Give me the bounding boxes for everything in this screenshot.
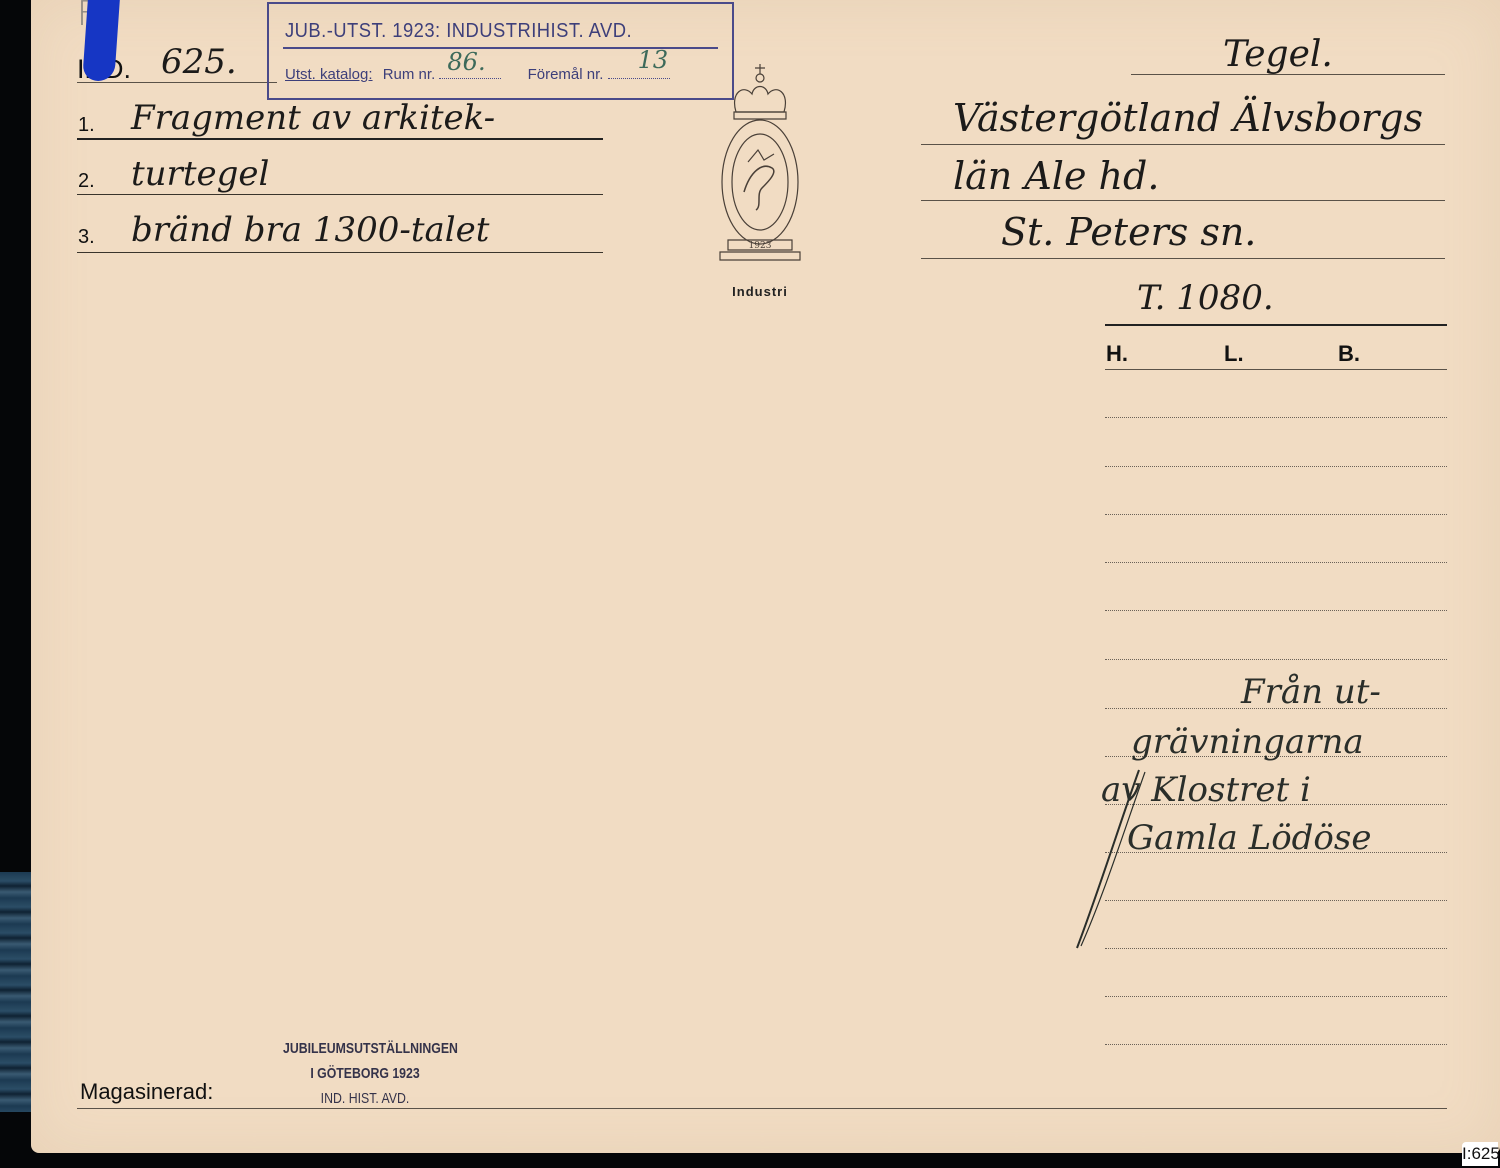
- crown-shield-icon: 1923: [708, 62, 812, 272]
- emblem-year: 1923: [749, 241, 772, 251]
- dotted-line: [1105, 948, 1447, 949]
- bottom-stamp-line-1: JUBILEUMSUTSTÄLLNINGEN: [283, 1036, 447, 1061]
- note-flourish: [1071, 760, 1151, 960]
- line-3-number: 3.: [78, 226, 95, 249]
- bottom-stamp-line-2: I GÖTEBORG 1923: [283, 1061, 447, 1086]
- reference-number: T. 1080.: [1137, 278, 1274, 318]
- blue-index-tab: [82, 0, 120, 81]
- magasinerad-label: Magasinerad:: [80, 1079, 213, 1105]
- category: Tegel.: [1223, 34, 1333, 75]
- location-rule-1: [921, 144, 1445, 145]
- line-2-number: 2.: [78, 170, 95, 193]
- line-1-number: 1.: [78, 114, 95, 137]
- dimension-width-label: B.: [1338, 341, 1360, 367]
- emblem-caption: Industri: [708, 284, 812, 299]
- category-rule: [1131, 74, 1445, 75]
- note-line-4: Gamla Lödöse: [1127, 818, 1371, 858]
- dimension-length-label: L.: [1224, 341, 1244, 367]
- dotted-line: [1105, 466, 1447, 467]
- location-rule-3: [921, 258, 1445, 259]
- stamp-catalog-line: Utst. katalog: Rum nr. 86. Föremål nr. 1…: [285, 66, 674, 83]
- catalog-label: Utst. katalog:: [285, 66, 373, 83]
- line-2-text: turtegel: [131, 154, 269, 194]
- dotted-line: [1105, 659, 1447, 660]
- room-field: 86.: [439, 66, 505, 83]
- dotted-line: [1105, 996, 1447, 997]
- background-strip: [0, 872, 34, 1112]
- room-value: 86.: [447, 48, 485, 76]
- dotted-line: [1105, 562, 1447, 563]
- jubilee-emblem: 1923 Industri: [708, 62, 812, 272]
- line-3-text: bränd bra 1300-talet: [131, 210, 489, 250]
- line-1-text: Fragment av arkitek-: [131, 98, 495, 138]
- object-label: Föremål nr.: [528, 66, 604, 83]
- dimension-rule: [1105, 369, 1447, 370]
- dotted-line: [1105, 610, 1447, 611]
- object-value: 13: [638, 46, 669, 74]
- location-line-3: St. Peters sn.: [1001, 210, 1256, 254]
- reference-rule: [1105, 324, 1447, 326]
- stamp-title: JUB.-UTST. 1923: INDUSTRIHIST. AVD.: [285, 20, 632, 43]
- exhibition-stamp: JUB.-UTST. 1923: INDUSTRIHIST. AVD. Utst…: [267, 2, 734, 100]
- room-label: Rum nr.: [383, 66, 436, 83]
- line-2-rule: [77, 194, 603, 195]
- dotted-line: [1105, 417, 1447, 418]
- dotted-line: [1105, 900, 1447, 901]
- bottom-stamp-line-3: IND. HIST. AVD.: [283, 1086, 447, 1111]
- line-1-rule: [77, 138, 603, 140]
- dotted-line: [1105, 514, 1447, 515]
- ind-number: 625.: [161, 42, 237, 82]
- object-field: 13: [608, 66, 674, 83]
- dotted-line: [1105, 1044, 1447, 1045]
- magasin-stamp: JUBILEUMSUTSTÄLLNINGEN I GÖTEBORG 1923 I…: [283, 1036, 447, 1111]
- note-line-1: Från ut-: [1241, 672, 1381, 712]
- dimension-height-label: H.: [1106, 341, 1128, 367]
- location-rule-2: [921, 200, 1445, 201]
- line-3-rule: [77, 252, 603, 253]
- location-line-1: Västergötland Älvsborgs: [953, 96, 1423, 140]
- note-line-2: grävningarna: [1131, 722, 1364, 762]
- location-line-2: län Ale hd.: [953, 154, 1159, 198]
- corner-id-label: I:625: [1462, 1142, 1498, 1166]
- ind-underline: [77, 82, 277, 83]
